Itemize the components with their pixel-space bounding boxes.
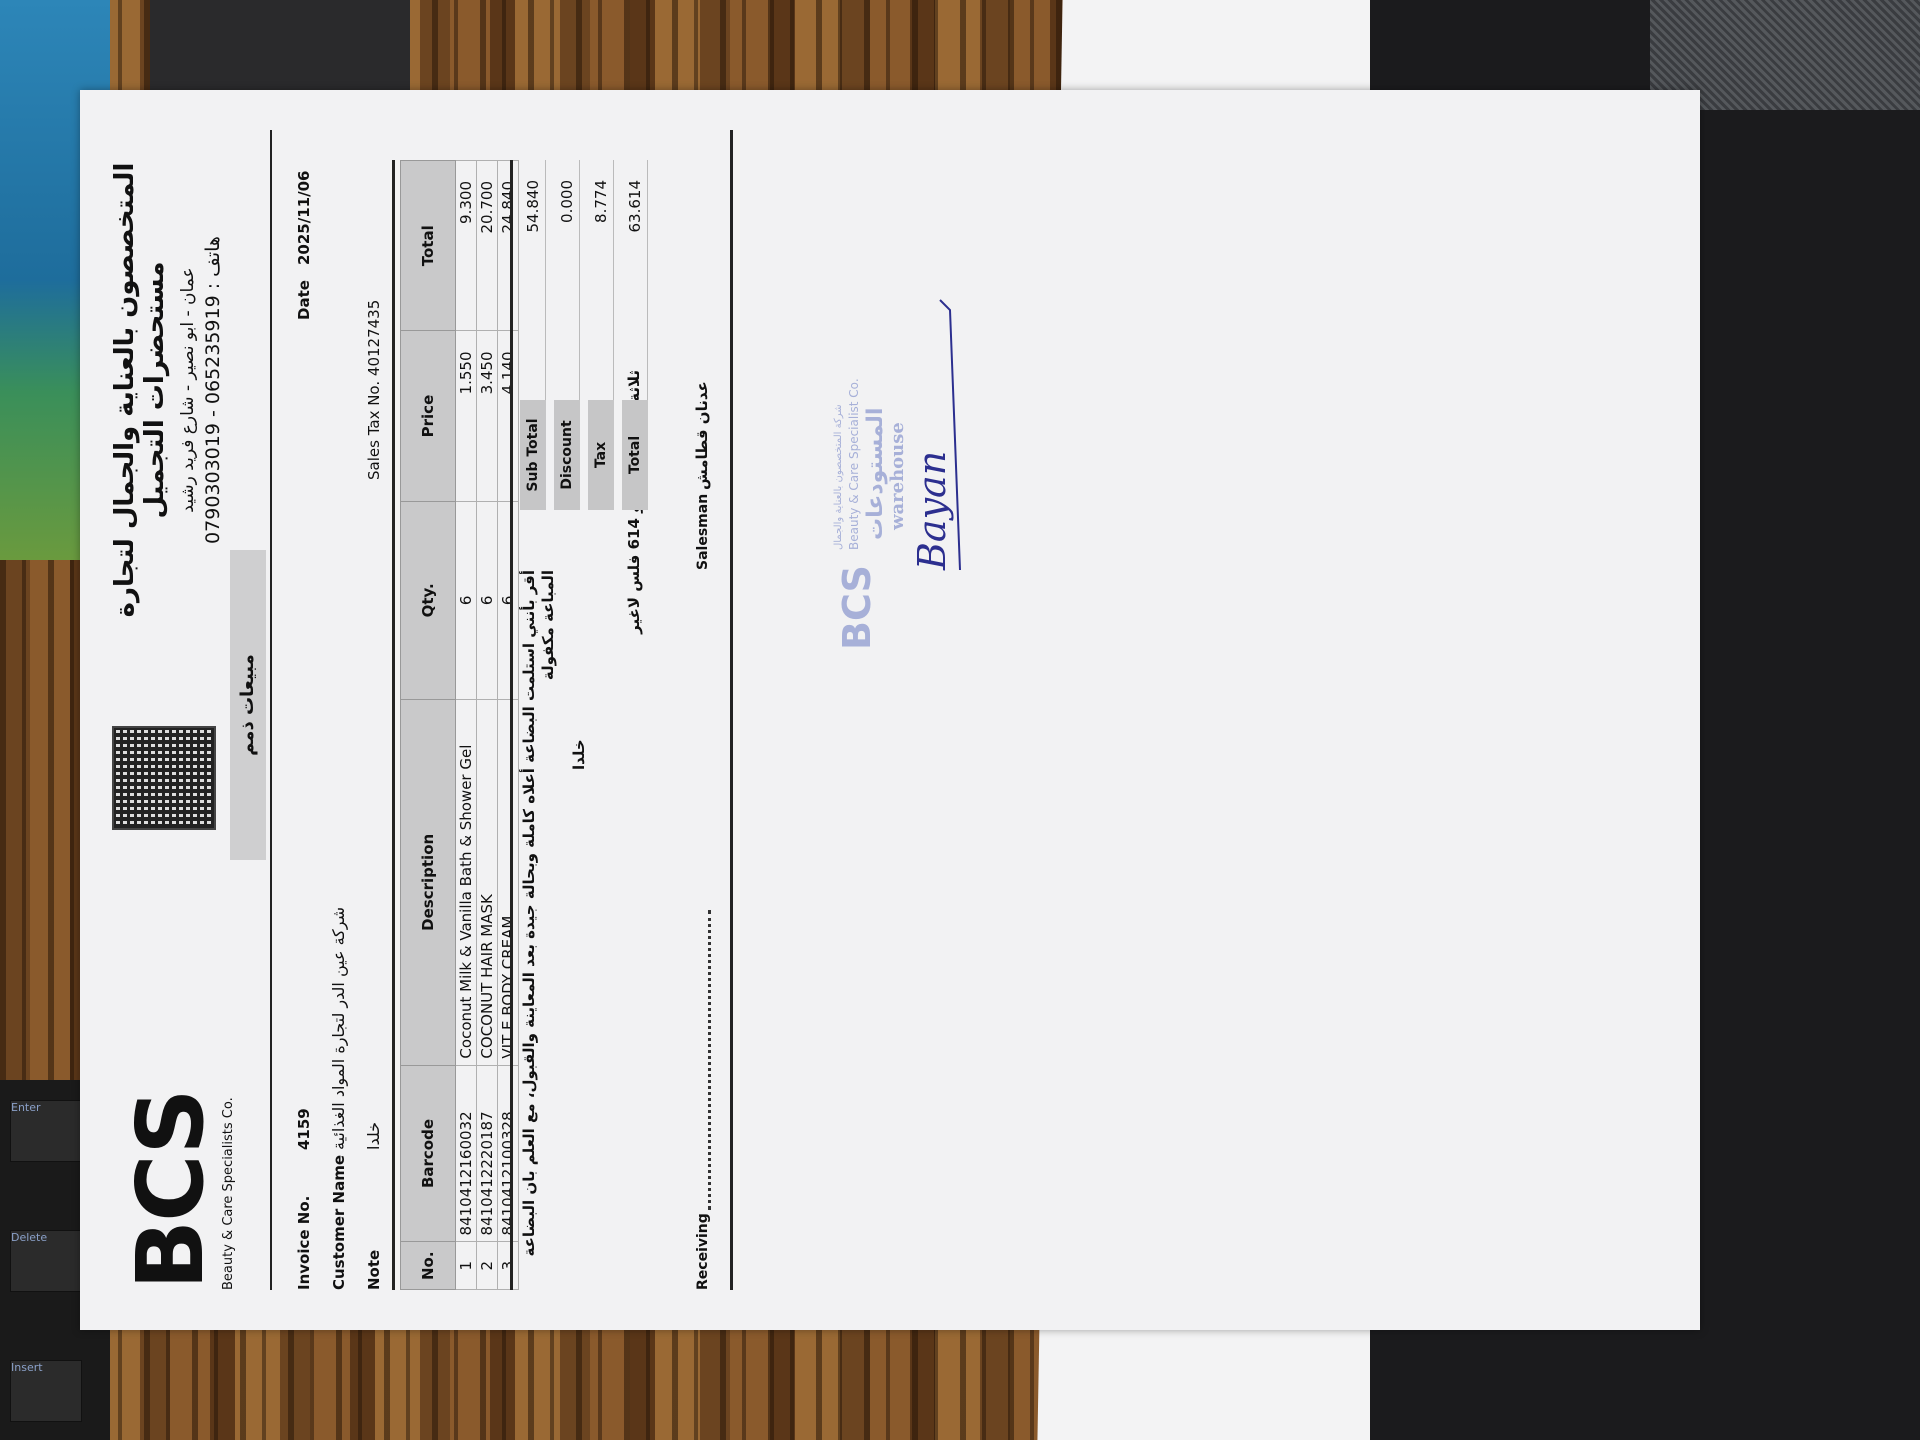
row-price: 4.140 — [498, 331, 519, 501]
stamp-company-ar: شركة المتخصصون بالعناية والجمال — [833, 404, 844, 550]
col-description: Description — [401, 700, 456, 1066]
document-title: مبيعات ذمم — [230, 550, 266, 860]
acknowledgement-text: أقر بأنني استلمت البضاعة أعلاه كاملة وبح… — [520, 570, 558, 1290]
handwritten-signature: Bayan — [910, 290, 970, 610]
total-value: 63.614 — [622, 160, 648, 400]
subtotal-row: Sub Total 54.840 — [520, 160, 546, 510]
subtotal-value: 54.840 — [520, 160, 546, 400]
row-barcode: 8410412160032 — [456, 1065, 477, 1242]
table-row: 3 8410412100328 VIT E BODY CREAM 6 4.140… — [498, 161, 519, 1290]
salesman-label: Salesman — [695, 494, 711, 570]
subtotal-label: Sub Total — [520, 400, 546, 510]
note-value: خلدا — [364, 1122, 383, 1150]
sales-tax-no: 40127435 — [365, 300, 383, 376]
items-table: No. Barcode Description Qty. Price Total… — [400, 160, 519, 1290]
company-header: المتخصصون بالعناية والجمال لتجارة مستحضر… — [110, 130, 224, 650]
logo-subtitle: Beauty & Care Specialists Co. — [221, 1090, 236, 1290]
col-qty: Qty. — [401, 501, 456, 699]
total-row: Total 63.614 — [622, 160, 648, 510]
row-qty: 6 — [477, 501, 498, 699]
col-no: No. — [401, 1242, 456, 1290]
note-label: Note — [365, 1250, 383, 1290]
row-description: COCONUT HAIR MASK — [477, 700, 498, 1066]
row-no: 3 — [498, 1242, 519, 1290]
key-insert: Insert — [10, 1360, 82, 1422]
stamp-dept-en: warehouse — [887, 422, 908, 530]
totals-block: Sub Total 54.840 Discount 0.000 Tax 8.77… — [520, 160, 656, 510]
row-barcode: 8410412100328 — [498, 1065, 519, 1242]
table-row: 1 8410412160032 Coconut Milk & Vanilla B… — [456, 161, 477, 1290]
row-no: 2 — [477, 1242, 498, 1290]
customer-name-label: Customer Name — [330, 1155, 348, 1290]
warehouse-stamp: BCS شركة المتخصصون بالعناية والجمال Beau… — [825, 370, 915, 650]
col-barcode: Barcode — [401, 1065, 456, 1242]
company-name: المتخصصون بالعناية والجمال لتجارة مستحضر… — [110, 130, 170, 650]
company-address: عمان - ابو نصير - شارع فريد رشيد — [178, 130, 198, 650]
discount-label: Discount — [554, 400, 580, 510]
row-description: Coconut Milk & Vanilla Bath & Shower Gel — [456, 700, 477, 1066]
footer-rule — [730, 130, 733, 1290]
key-enter: Enter — [10, 1100, 82, 1162]
row-description: VIT E BODY CREAM — [498, 700, 519, 1066]
receiving-signature-line — [708, 910, 711, 1210]
tax-value: 8.774 — [588, 160, 614, 400]
tax-label: Tax — [588, 400, 614, 510]
discount-value: 0.000 — [554, 160, 580, 400]
company-logo: BCS Beauty & Care Specialists Co. — [125, 1090, 236, 1290]
stamp-logo: BCS — [835, 565, 879, 650]
row-barcode: 8410412220187 — [477, 1065, 498, 1242]
stamp-company-en: Beauty & Care Specialist Co. — [847, 378, 861, 550]
key-delete: Delete — [10, 1230, 82, 1292]
stamp-dept-ar: المستودعات — [863, 408, 888, 540]
sales-tax-label: Sales Tax No. — [365, 381, 383, 480]
invoice-no-label: Invoice No. — [295, 1196, 313, 1290]
table-bottom-rule — [510, 160, 513, 1290]
acknowledgement-note: خلدا — [570, 739, 588, 770]
table-row: 2 8410412220187 COCONUT HAIR MASK 6 3.45… — [477, 161, 498, 1290]
row-price: 1.550 — [456, 331, 477, 501]
row-total: 20.700 — [477, 161, 498, 331]
invoice-no: 4159 — [295, 1108, 313, 1150]
signature-stroke-icon — [910, 290, 970, 610]
date-value: 2025/11/06 — [295, 171, 313, 265]
col-price: Price — [401, 331, 456, 501]
receiving-label: Receiving — [695, 1213, 711, 1290]
tax-row: Tax 8.774 — [588, 160, 614, 510]
row-no: 1 — [456, 1242, 477, 1290]
row-qty: 6 — [456, 501, 477, 699]
invoice-page: BCS Beauty & Care Specialists Co. المتخص… — [80, 90, 1700, 1330]
col-total: Total — [401, 161, 456, 331]
row-total: 24.840 — [498, 161, 519, 331]
customer-name: شركة عين الدر لتجارة المواد الغذائية — [329, 907, 348, 1150]
row-total: 9.300 — [456, 161, 477, 331]
date-label: Date — [295, 280, 313, 320]
discount-row: Discount 0.000 — [554, 160, 580, 510]
table-top-rule — [392, 160, 395, 1290]
total-label: Total — [622, 400, 648, 510]
divider — [270, 130, 272, 1290]
row-price: 3.450 — [477, 331, 498, 501]
row-qty: 6 — [498, 501, 519, 699]
salesman-name: عدنان قطامش — [693, 381, 711, 490]
company-phone: هاتف : 065235919 - 0790303019 — [202, 130, 224, 650]
logo-text: BCS — [125, 1090, 217, 1290]
qr-code — [112, 726, 216, 830]
